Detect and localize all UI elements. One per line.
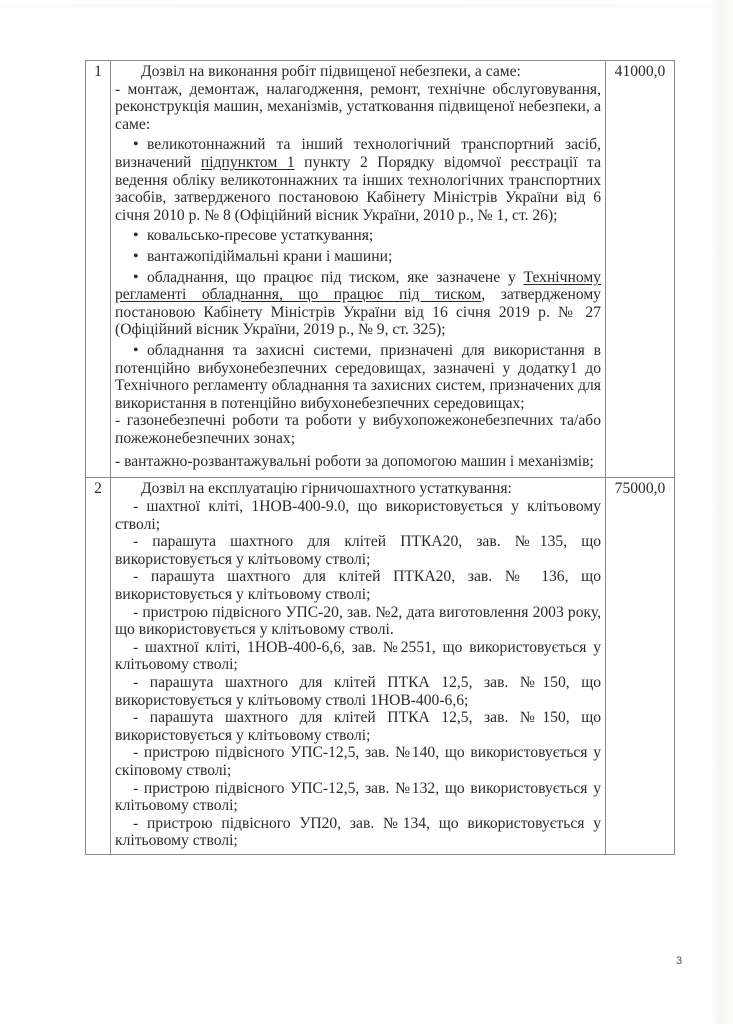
page-number: 3 — [676, 955, 682, 967]
bullet-item: великотоннажний та інший технологічний т… — [115, 136, 601, 224]
list-item: - газонебезпечні роботи та роботи у вибу… — [115, 412, 601, 447]
bullet-item: ковальсько-пресове устаткування; — [115, 227, 601, 245]
legal-reference-link[interactable]: підпунктом 1 — [201, 154, 295, 171]
list-item: - парашута шахтного для клітей ПТКА20, з… — [115, 533, 601, 568]
row-intro: - монтаж, демонтаж, налагодження, ремонт… — [115, 81, 601, 134]
bullet-item: обладнання, що працює під тиском, яке за… — [115, 269, 601, 339]
row-number: 2 — [86, 478, 111, 854]
list-item: - пристрою підвісного УПС-12,5, зав. №14… — [115, 744, 601, 779]
row-amount: 41000,0 — [606, 61, 675, 478]
scan-edge-artifact — [0, 4, 733, 8]
row-title: Дозвіл на виконання робіт підвищеної неб… — [115, 63, 601, 81]
list-item: - пристрою підвісного УП20, зав. №134, щ… — [115, 815, 601, 850]
list-item: - парашута шахтного для клітей ПТКА 12,5… — [115, 674, 601, 709]
bullet-item: вантажопідіймальні крани і машини; — [115, 248, 601, 266]
row-amount: 75000,0 — [606, 478, 675, 854]
list-item: - пристрою підвісного УПС-20, зав. №2, д… — [115, 604, 601, 639]
bullet-item: обладнання та захисні системи, призначен… — [115, 342, 601, 412]
list-item: - парашута шахтного для клітей ПТКА 12,5… — [115, 709, 601, 744]
list-item: - вантажно-розвантажувальні роботи за до… — [115, 451, 601, 473]
row-title: Дозвіл на експлуатацію гірничошахтного у… — [115, 480, 601, 498]
row-description: Дозвіл на експлуатацію гірничошахтного у… — [111, 478, 606, 854]
list-item: - пристрою підвісного УПС-12,5, зав. №13… — [115, 780, 601, 815]
row-description: Дозвіл на виконання робіт підвищеної неб… — [111, 61, 606, 478]
list-item: - парашута шахтного для клітей ПТКА20, з… — [115, 568, 601, 603]
table-row: 1 Дозвіл на виконання робіт підвищеної н… — [86, 61, 675, 478]
row-number: 1 — [86, 61, 111, 478]
list-item: - шахтної кліті, 1НОВ-400-6,6, зав. №255… — [115, 639, 601, 674]
scan-edge-shadow — [711, 0, 733, 1024]
list-item: - шахтної кліті, 1НОВ-400-9.0, що викори… — [115, 498, 601, 533]
permits-fee-table: 1 Дозвіл на виконання робіт підвищеної н… — [85, 60, 675, 855]
table-row: 2 Дозвіл на експлуатацію гірничошахтного… — [86, 478, 675, 854]
